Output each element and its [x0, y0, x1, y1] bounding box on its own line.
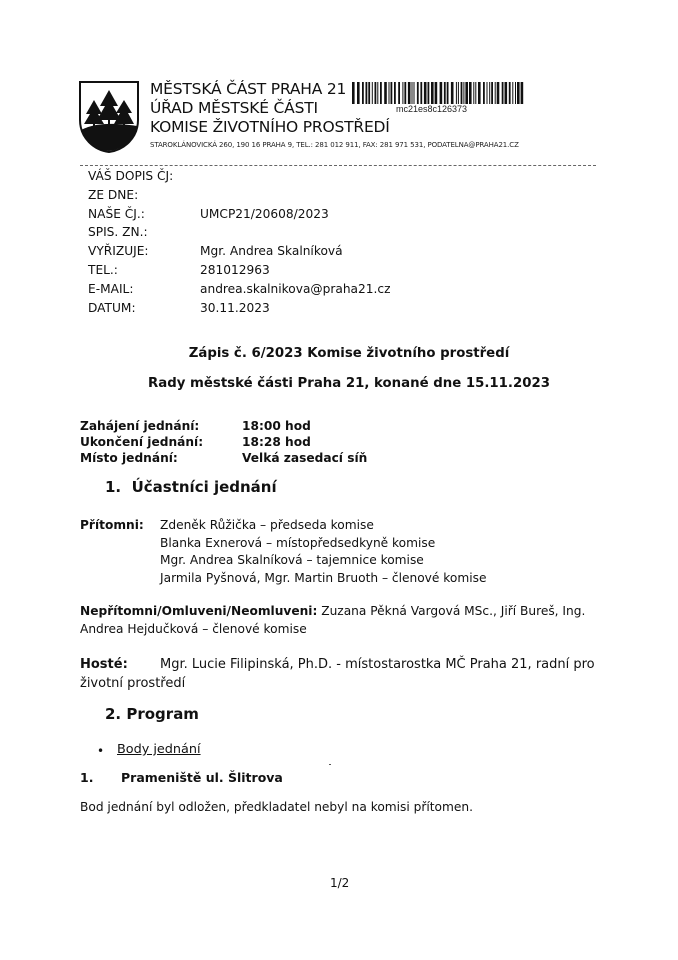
scan-speck: [329, 764, 331, 765]
present-label: Přítomni:: [80, 517, 160, 535]
attendee: Zdeněk Růžička – předseda komise: [160, 517, 486, 535]
attendee: Blanka Exnerová – místopředsedkyně komis…: [160, 535, 486, 553]
reference-label: TEL.:: [88, 261, 200, 280]
agenda-item-number: 1.: [80, 770, 121, 785]
guests-label: Hosté:: [80, 655, 160, 674]
attendee: Mgr. Andrea Skalníková – tajemnice komis…: [160, 552, 486, 570]
meeting-value: Velká zasedací síň: [242, 450, 367, 466]
reference-row: NAŠE ČJ.:UMCP21/20608/2023: [88, 205, 391, 224]
reference-value: andrea.skalnikova@praha21.cz: [200, 280, 391, 299]
reference-row: VYŘIZUJE:Mgr. Andrea Skalníková: [88, 242, 391, 261]
agenda-item: 1.Prameniště ul. Šlitrova: [80, 770, 283, 785]
meeting-label: Místo jednání:: [80, 450, 242, 466]
reference-value: 30.11.2023: [200, 299, 270, 318]
barcode-text: mc21es8c126373: [396, 104, 467, 114]
meeting-value: 18:00 hod: [242, 418, 311, 434]
reference-label: ZE DNE:: [88, 186, 200, 205]
reference-row: TEL.:281012963: [88, 261, 391, 280]
document-subtitle: Rady městské části Praha 21, konané dne …: [10, 376, 678, 391]
absent-label: Nepřítomni/Omluveni/Neomluveni:: [80, 604, 317, 618]
meeting-info: Zahájení jednání:18:00 hodUkončení jedná…: [80, 418, 367, 466]
letterhead-line-3: KOMISE ŽIVOTNÍHO PROSTŘEDÍ: [150, 118, 390, 136]
meeting-value: 18:28 hod: [242, 434, 311, 450]
section-heading-program: 2. Program: [105, 705, 199, 723]
agenda-item-title: Prameniště ul. Šlitrova: [121, 770, 283, 785]
page-number: 1/2: [330, 876, 349, 890]
agenda-bullet: Body jednání: [117, 742, 201, 757]
reference-value: UMCP21/20608/2023: [200, 205, 329, 224]
barcode-icon: [352, 82, 524, 104]
present-list: Zdeněk Růžička – předseda komiseBlanka E…: [160, 517, 486, 587]
absent-block: Nepřítomni/Omluveni/Neomluveni: Zuzana P…: [80, 602, 600, 638]
reference-block: VÁŠ DOPIS ČJ:ZE DNE:NAŠE ČJ.:UMCP21/2060…: [88, 167, 391, 317]
reference-label: DATUM:: [88, 299, 200, 318]
reference-row: SPIS. ZN.:: [88, 223, 391, 242]
attendee: Jarmila Pyšnová, Mgr. Martin Bruoth – čl…: [160, 570, 486, 588]
reference-value: Mgr. Andrea Skalníková: [200, 242, 343, 261]
letterhead-line-1: MĚSTSKÁ ČÁST PRAHA 21: [150, 80, 346, 98]
reference-row: ZE DNE:: [88, 186, 391, 205]
reference-value: 281012963: [200, 261, 270, 280]
reference-label: NAŠE ČJ.:: [88, 205, 200, 224]
header-divider: [80, 165, 596, 166]
agenda-item-text: Bod jednání byl odložen, předkladatel ne…: [80, 800, 473, 814]
section-heading-participants: 1. Účastníci jednání: [105, 478, 277, 496]
reference-label: VÁŠ DOPIS ČJ:: [88, 167, 200, 186]
guests-block: Hosté:Mgr. Lucie Filipinská, Ph.D. - mís…: [80, 655, 610, 693]
meeting-row: Místo jednání:Velká zasedací síň: [80, 450, 367, 466]
coat-of-arms-icon: [78, 80, 140, 154]
bullet-icon: •: [97, 744, 104, 758]
meeting-label: Zahájení jednání:: [80, 418, 242, 434]
meeting-row: Zahájení jednání:18:00 hod: [80, 418, 367, 434]
reference-label: SPIS. ZN.:: [88, 223, 200, 242]
meeting-label: Ukončení jednání:: [80, 434, 242, 450]
meeting-row: Ukončení jednání:18:28 hod: [80, 434, 367, 450]
letterhead-line-2: ÚŘAD MĚSTSKÉ ČÁSTI: [150, 99, 318, 117]
reference-label: E-MAIL:: [88, 280, 200, 299]
reference-row: DATUM:30.11.2023: [88, 299, 391, 318]
reference-label: VYŘIZUJE:: [88, 242, 200, 261]
reference-row: E-MAIL:andrea.skalnikova@praha21.cz: [88, 280, 391, 299]
document-title: Zápis č. 6/2023 Komise životního prostře…: [10, 346, 678, 361]
reference-row: VÁŠ DOPIS ČJ:: [88, 167, 391, 186]
letterhead-address: STAROKLÁNOVICKÁ 260, 190 16 PRAHA 9, TEL…: [150, 141, 519, 149]
